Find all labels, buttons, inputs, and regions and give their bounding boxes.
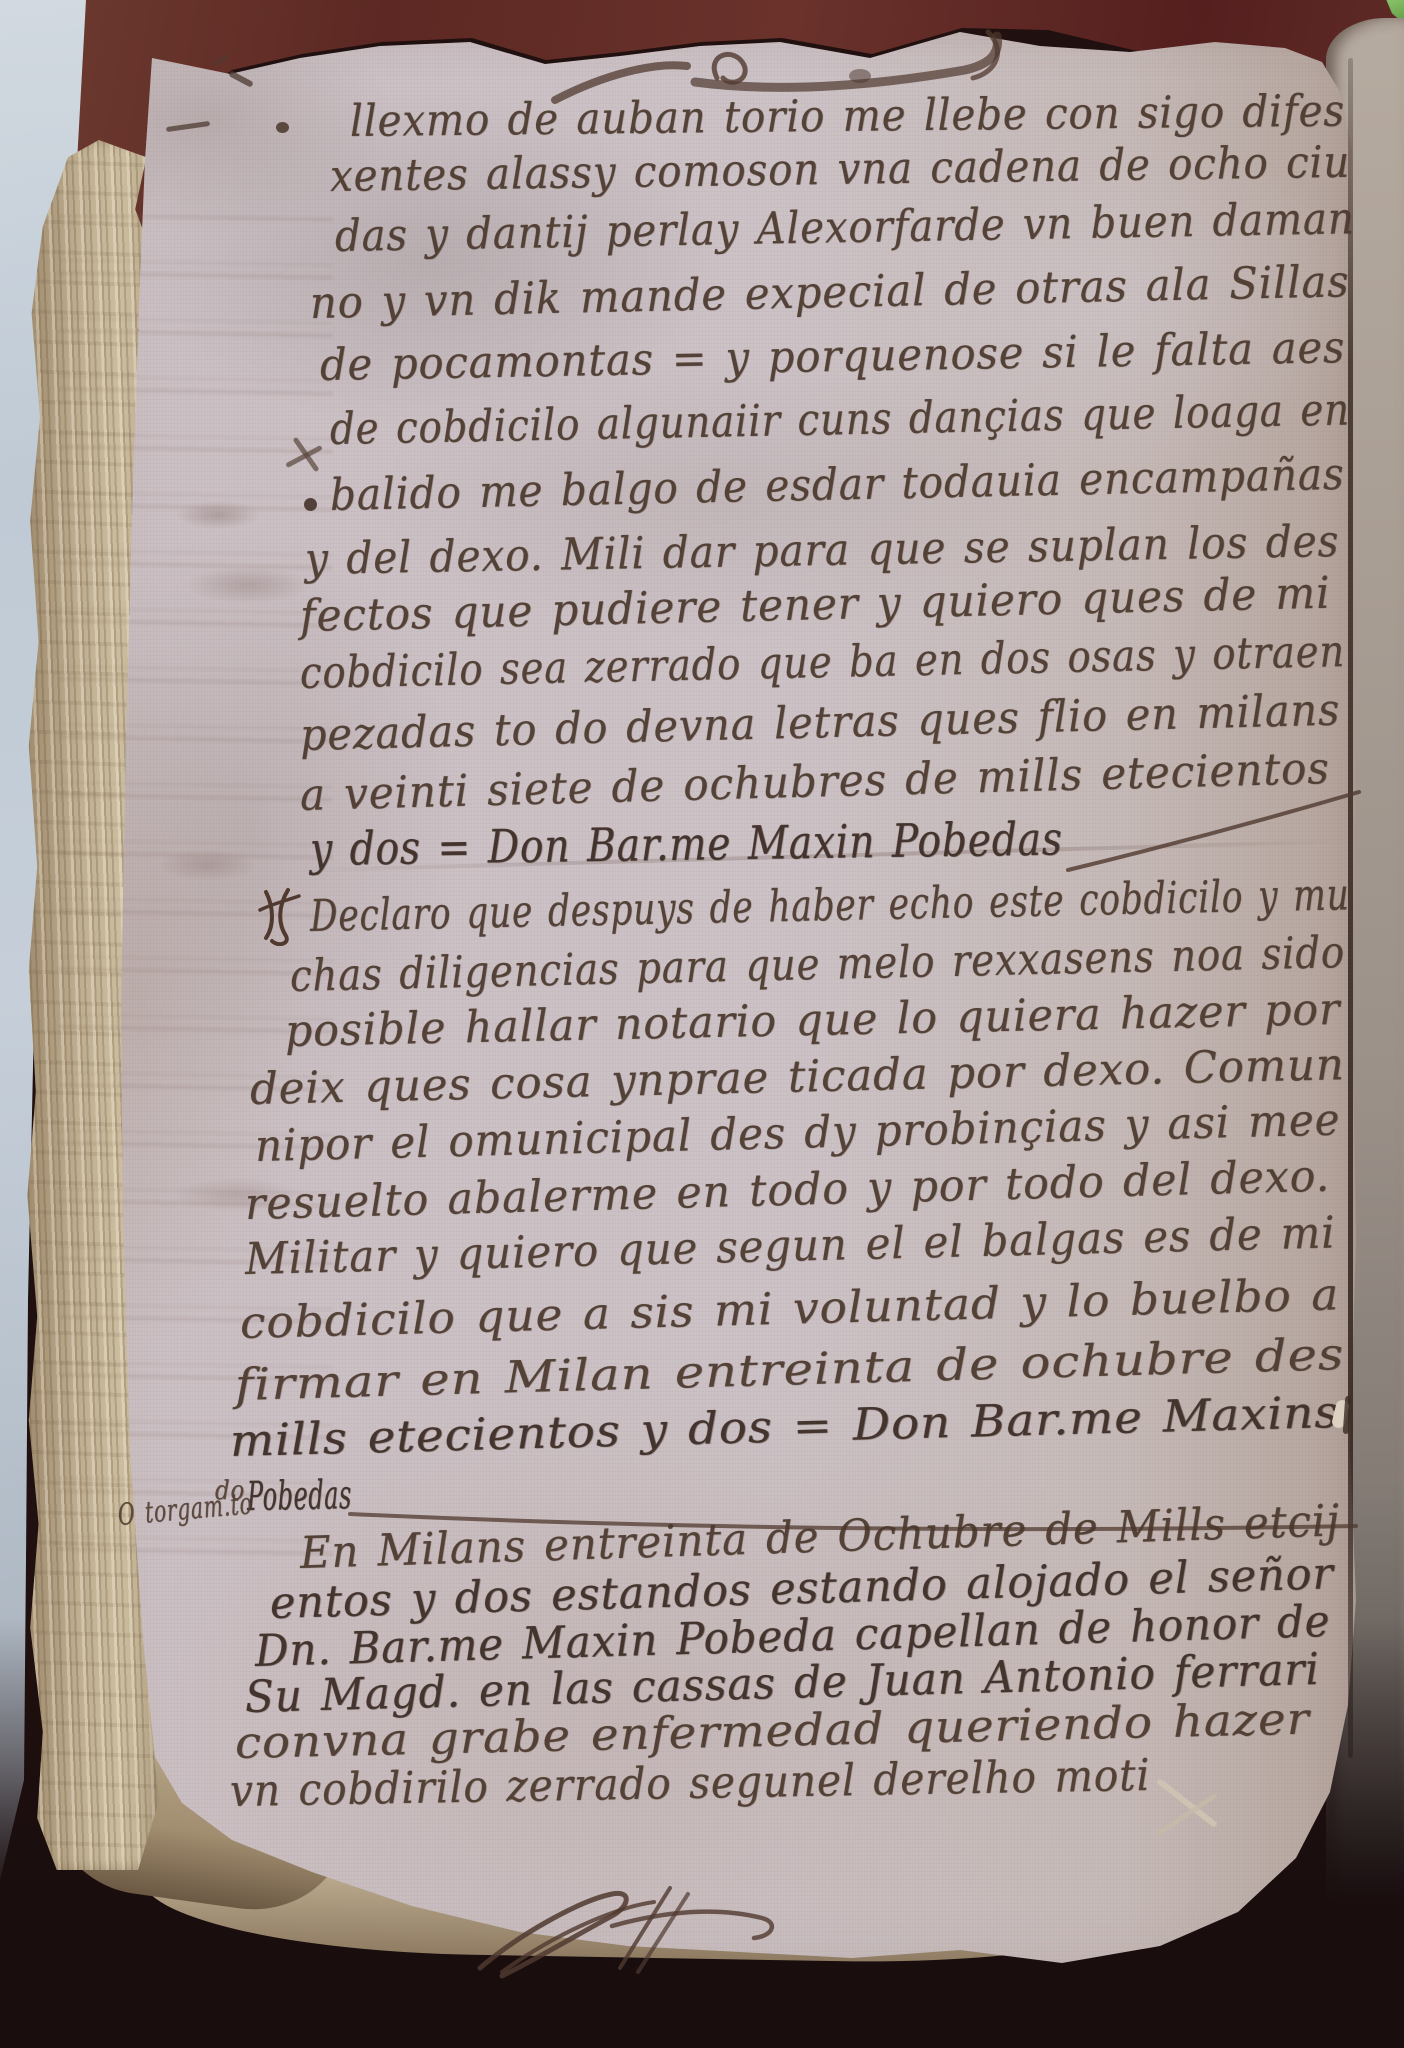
manuscript-line: Pobedas <box>247 1472 353 1520</box>
manuscript-line: llexmo de auban torio me llebe con sigo … <box>350 86 1345 147</box>
manuscript-line: y dos = Don Bar.me Maxin Pobedas <box>310 811 1063 876</box>
manuscript-line: no y vn dik mande expecial de otras ala … <box>309 256 1350 329</box>
manuscript-line: de pocamontas = y porquenose si le falta… <box>320 322 1346 391</box>
manuscript-photo-scene: llexmo de auban torio me llebe con sigo … <box>0 0 1404 2048</box>
manuscript-line: do <box>215 1476 245 1506</box>
manuscript-line: de cobdicilo algunaiir cuns dançias que … <box>330 384 1351 455</box>
manuscript-line: balido me balgo de esdar todauia encampa… <box>329 449 1345 521</box>
manuscript-line: das y dantij perlay Alexorfarde vn buen … <box>335 193 1355 262</box>
handwriting-layer: llexmo de auban torio me llebe con sigo … <box>0 0 1404 2048</box>
manuscript-line: xentes alassy comoson vna cadena de ocho… <box>330 137 1351 202</box>
